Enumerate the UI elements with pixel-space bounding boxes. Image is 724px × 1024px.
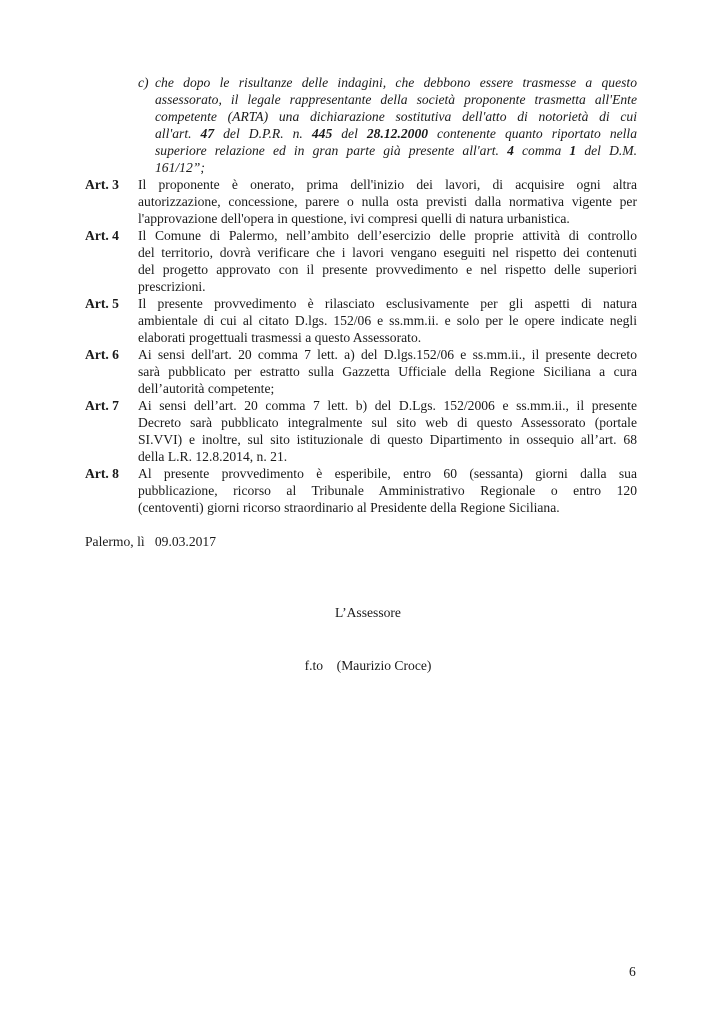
text-line: prescrizioni.: [138, 278, 637, 295]
text-line: Ai sensi dell’art. 20 comma 7 lett. b) d…: [138, 397, 637, 414]
article: Art. 5Il presente provvedimento è rilasc…: [85, 295, 637, 346]
article: Art. 6Ai sensi dell'art. 20 comma 7 lett…: [85, 346, 637, 397]
article-body: Ai sensi dell'art. 20 comma 7 lett. a) d…: [138, 346, 637, 397]
text-line: 161/12”;: [155, 159, 637, 176]
article: Art. 3Il proponente è onerato, prima del…: [85, 176, 637, 227]
text-line: che dopo le risultanze delle indagini, c…: [155, 74, 637, 91]
text-line: Al presente provvedimento è esperibile, …: [138, 465, 637, 482]
text-line: superiore relazione ed in gran parte già…: [155, 142, 637, 159]
text-line: all'art. 47 del D.P.R. n. 445 del 28.12.…: [155, 125, 637, 142]
text-line: Il presente provvedimento è rilasciato e…: [138, 295, 637, 312]
text-line: ambientale di cui al citato D.lgs. 152/0…: [138, 312, 637, 329]
item-c: c) che dopo le risultanze delle indagini…: [138, 74, 637, 176]
document-page: c) che dopo le risultanze delle indagini…: [0, 0, 724, 1024]
text-line: SI.VVI) e inoltre, sul sito istituzional…: [138, 431, 637, 448]
article-label: Art. 4: [85, 227, 138, 295]
item-c-lines: che dopo le risultanze delle indagini, c…: [138, 74, 637, 176]
text-line: pubblicazione, ricorso al Tribunale Ammi…: [138, 482, 637, 499]
article: Art. 8Al presente provvedimento è esperi…: [85, 465, 637, 516]
article-label: Art. 5: [85, 295, 138, 346]
text-line: elaborati progettuali trasmessi a questo…: [138, 329, 637, 346]
text-line: competente (ARTA) una dichiarazione sost…: [155, 108, 637, 125]
article-body: Ai sensi dell’art. 20 comma 7 lett. b) d…: [138, 397, 637, 465]
page-number: 6: [629, 963, 636, 980]
article-body: Il presente provvedimento è rilasciato e…: [138, 295, 637, 346]
article-body: Il Comune di Palermo, nell’ambito dell’e…: [138, 227, 637, 295]
signature-name: f.to (Maurizio Croce): [85, 657, 651, 675]
article: Art. 7Ai sensi dell’art. 20 comma 7 lett…: [85, 397, 637, 465]
text-line: del progetto approvato con il presente p…: [138, 261, 637, 278]
article: Art. 4Il Comune di Palermo, nell’ambito …: [85, 227, 637, 295]
text-line: sarà pubblicato per estratto sulla Gazze…: [138, 363, 637, 380]
text-line: del territorio, dovrà verificare che i l…: [138, 244, 637, 261]
article-body: Al presente provvedimento è esperibile, …: [138, 465, 637, 516]
text-line: Decreto sarà pubblicato integralmente su…: [138, 414, 637, 431]
place-date: Palermo, lì 09.03.2017: [85, 533, 216, 550]
articles: Art. 3Il proponente è onerato, prima del…: [85, 176, 637, 516]
document-body: c) che dopo le risultanze delle indagini…: [85, 74, 637, 516]
text-line: autorizzazione, concessione, parere o nu…: [138, 193, 637, 210]
text-line: della L.R. 12.8.2014, n. 21.: [138, 448, 637, 465]
text-line: Il Comune di Palermo, nell’ambito dell’e…: [138, 227, 637, 244]
text-line: Ai sensi dell'art. 20 comma 7 lett. a) d…: [138, 346, 637, 363]
text-line: assessorato, il legale rappresentante de…: [155, 91, 637, 108]
text-line: Il proponente è onerato, prima dell'iniz…: [138, 176, 637, 193]
text-line: dell’autorità competente;: [138, 380, 637, 397]
article-label: Art. 8: [85, 465, 138, 516]
text-line: (centoventi) giorni ricorso straordinari…: [138, 499, 637, 516]
signature-block: L’Assessore f.to (Maurizio Croce): [85, 569, 651, 709]
item-c-label: c): [138, 74, 149, 91]
article-label: Art. 6: [85, 346, 138, 397]
article-label: Art. 3: [85, 176, 138, 227]
signature-title: L’Assessore: [85, 604, 651, 622]
article-body: Il proponente è onerato, prima dell'iniz…: [138, 176, 637, 227]
text-line: l'approvazione dell'opera in questione, …: [138, 210, 637, 227]
article-label: Art. 7: [85, 397, 138, 465]
